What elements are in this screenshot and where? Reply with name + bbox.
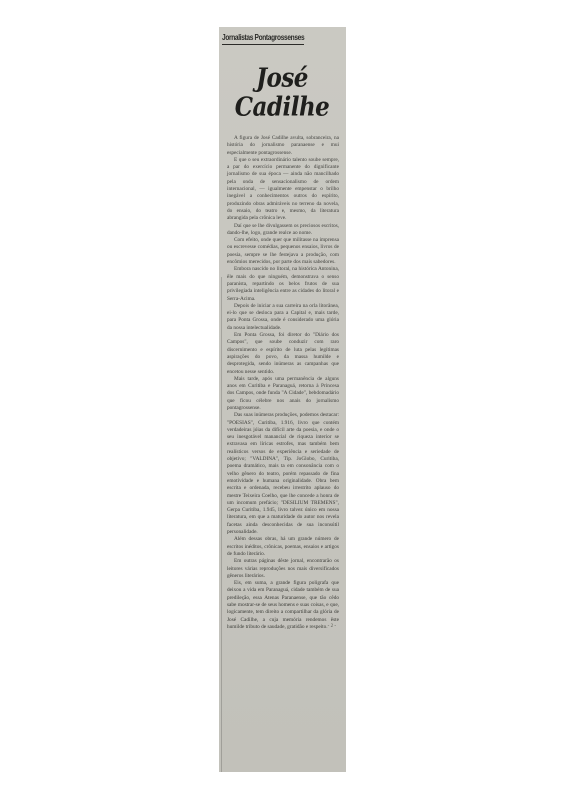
paragraph: Além dessas obras, há um grande número d…: [227, 536, 339, 558]
paragraph: Em outras páginas dêste jornal, encontra…: [227, 558, 339, 580]
paragraph: Depois de iniciar a sua carreira na orla…: [227, 303, 339, 332]
section-header: Jornalistas Pontagrossenses: [222, 33, 304, 45]
column-rule: [221, 277, 222, 772]
newspaper-clipping: Jornalistas Pontagrossenses José Cadilhe…: [219, 27, 346, 772]
article-title: José Cadilhe: [222, 64, 342, 122]
paragraph: Mais tarde, após uma permanência de algu…: [227, 376, 339, 412]
paragraph: Em Ponta Grossa, foi diretor do "Diário …: [227, 332, 339, 376]
paragraph: Eis, em suma, a grande figura poligrafa …: [227, 580, 339, 631]
paragraph: A figura de José Cadilhe avulta, sobranc…: [227, 135, 339, 157]
paragraph: Embora nascido no litoral, na histórica …: [227, 266, 339, 302]
paragraph: Com efeito, onde quer que militasse na i…: [227, 237, 339, 266]
paragraph: Daí que se lhe divulgassem os preciosos …: [227, 223, 339, 238]
paragraph: Das suas inúmeras produções, podemos des…: [227, 412, 339, 536]
article-body: A figura de José Cadilhe avulta, sobranc…: [222, 135, 342, 631]
paragraph: E que o seu extraordinário talento soube…: [227, 157, 339, 223]
